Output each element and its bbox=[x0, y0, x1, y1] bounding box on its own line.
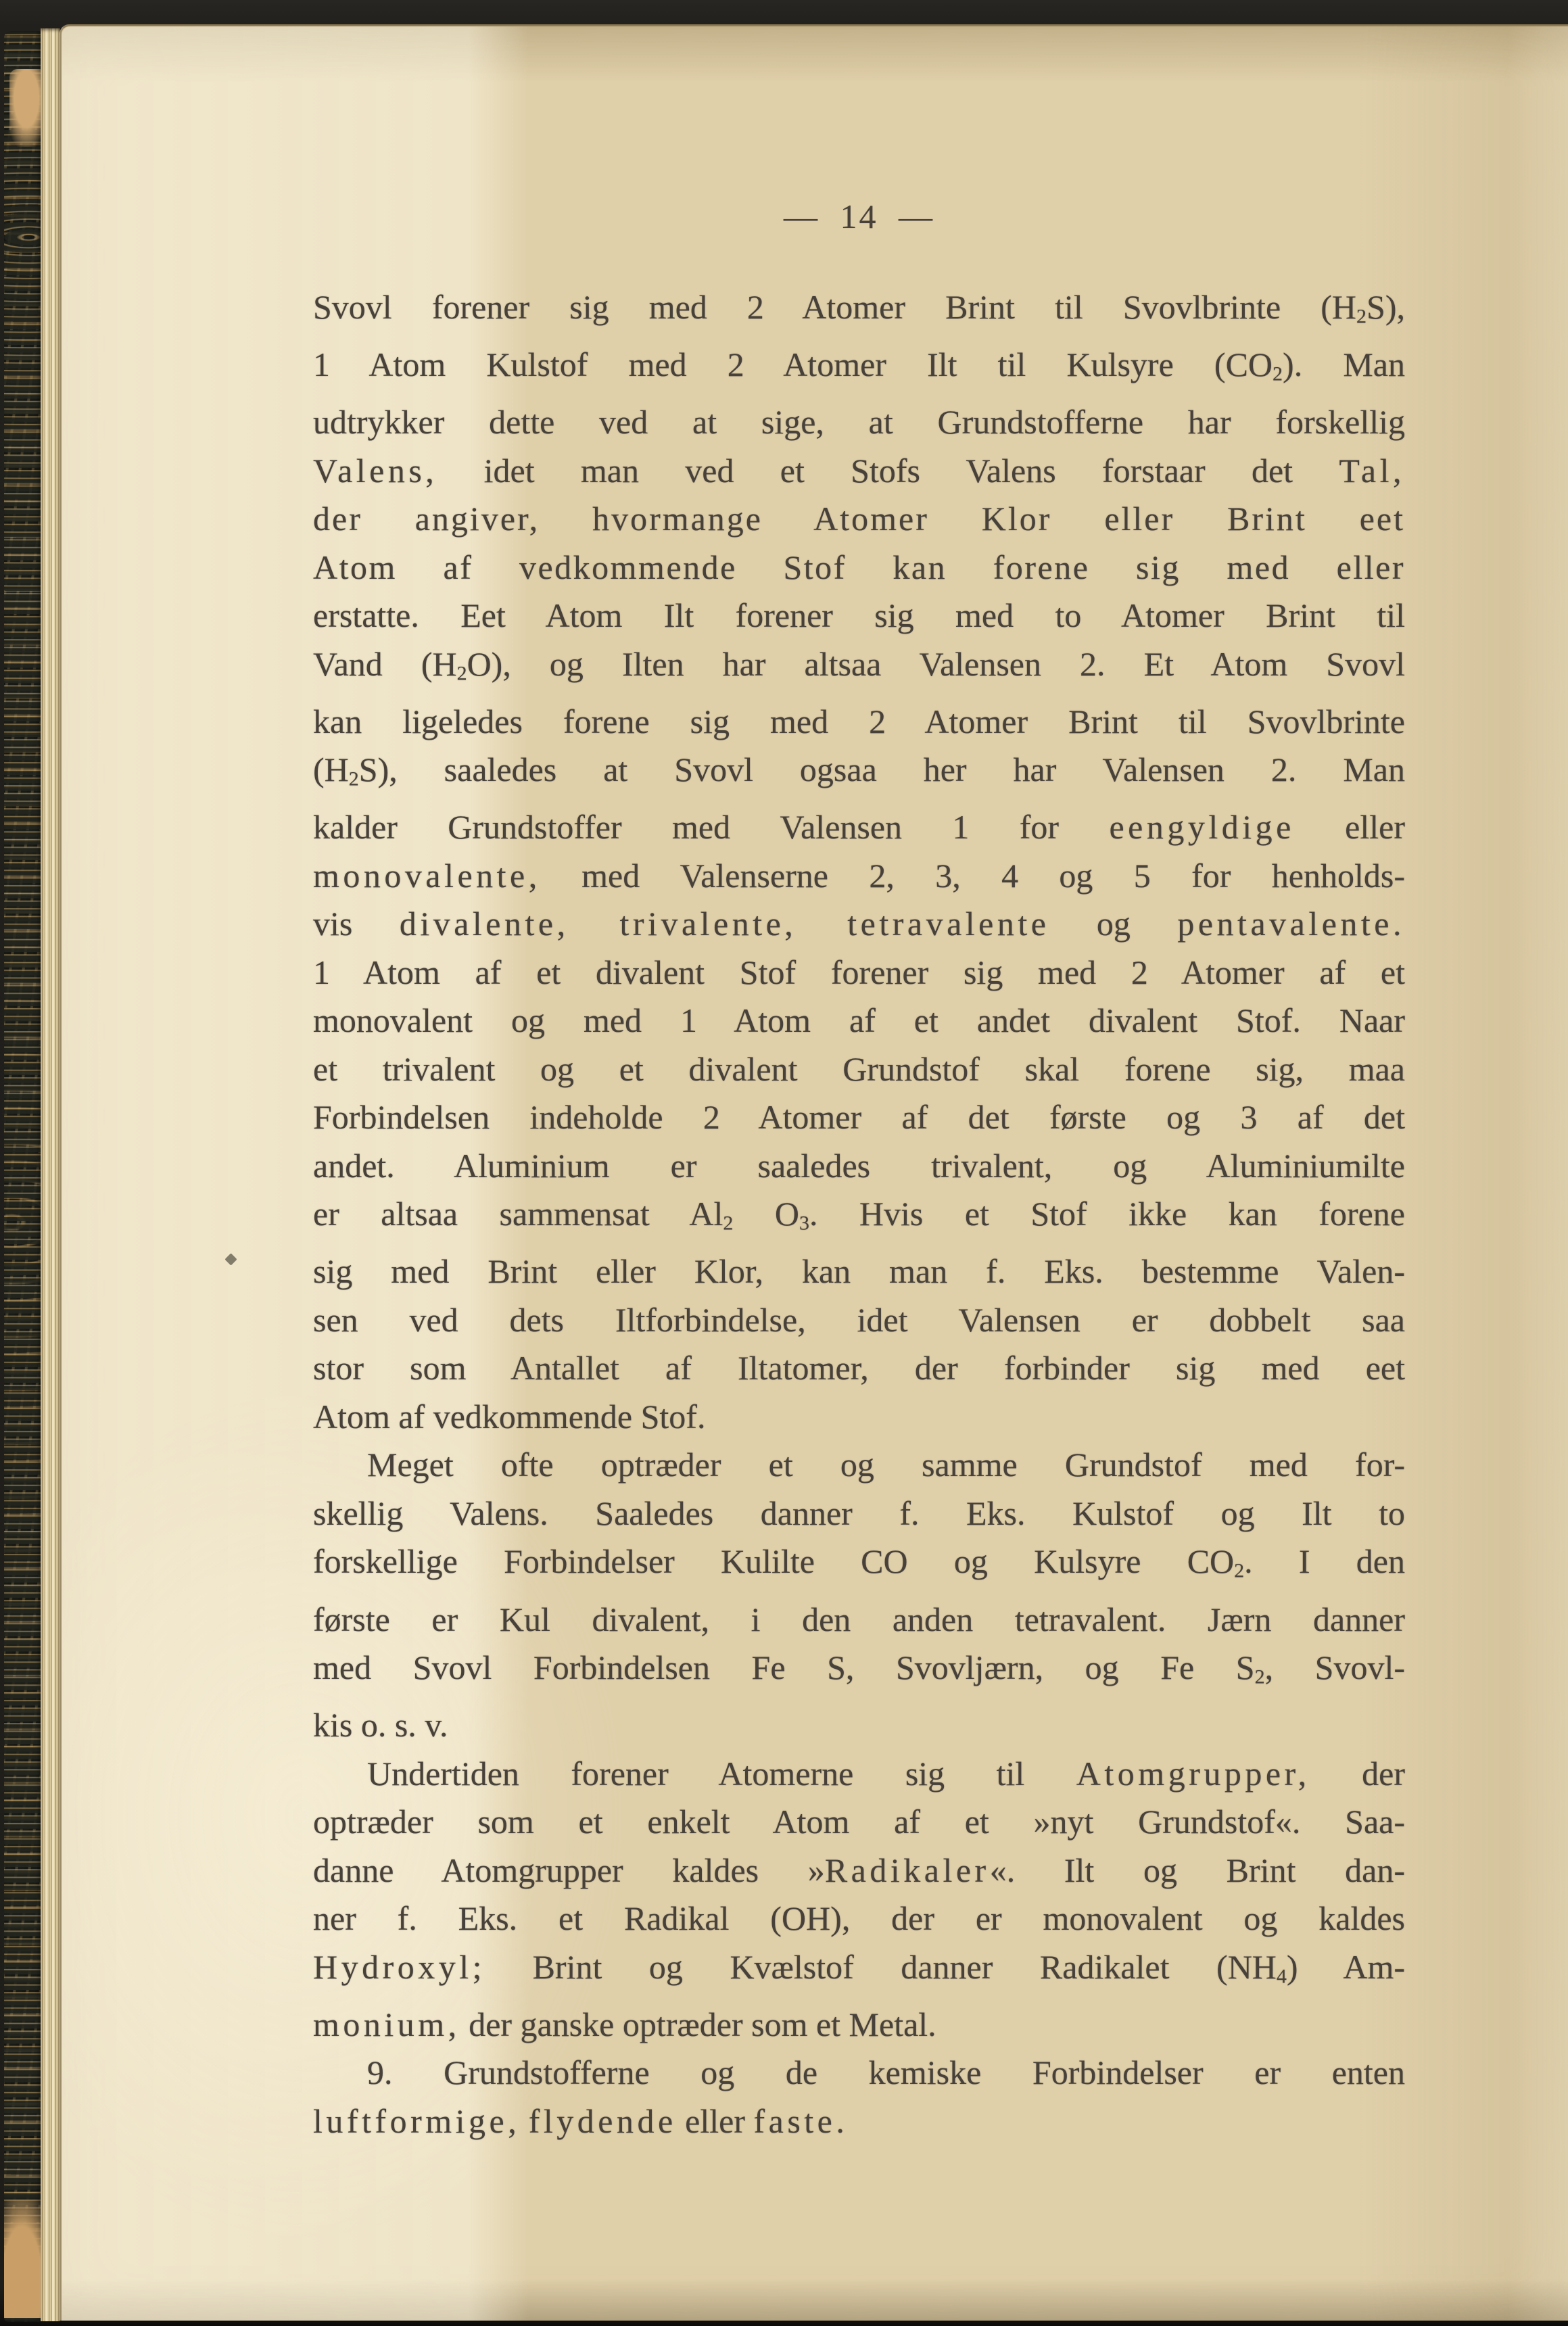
text-line: stor som Antallet af Iltatomer, der forb… bbox=[313, 1344, 1405, 1393]
text-line: et trivalent og et divalent Grundstof sk… bbox=[313, 1045, 1405, 1094]
text-line: forskellige Forbindelser Kulilte CO og K… bbox=[313, 1538, 1405, 1595]
text-line: med Svovl Forbindelsen Fe S, Svovljærn, … bbox=[313, 1644, 1405, 1701]
text-line: Svovl forener sig med 2 Atomer Brint til… bbox=[313, 283, 1405, 341]
text-line: 1 Atom af et divalent Stof forener sig m… bbox=[313, 949, 1405, 997]
text-line: monovalente, med Valenserne 2, 3, 4 og 5… bbox=[313, 852, 1405, 901]
text-line: monovalent og med 1 Atom af et andet div… bbox=[313, 997, 1405, 1045]
page-edge-stack bbox=[41, 28, 60, 2321]
text-line: (H2S), saaledes at Svovl ogsaa her har V… bbox=[313, 746, 1405, 803]
text-line: sig med Brint eller Klor, kan man f. Eks… bbox=[313, 1248, 1405, 1296]
text-line: erstatte. Eet Atom Ilt forener sig med t… bbox=[313, 592, 1405, 640]
text-line: kis o. s. v. bbox=[313, 1701, 1405, 1750]
text-line: første er Kul divalent, i den anden tetr… bbox=[313, 1596, 1405, 1644]
text-line: 9. Grundstofferne og de kemiske Forbinde… bbox=[313, 2049, 1405, 2097]
text-line: Atom af vedkommende Stof. bbox=[313, 1393, 1405, 1442]
book-page: — 14 — Svovl forener sig med 2 Atomer Br… bbox=[60, 24, 1568, 2321]
text-line: Meget ofte optræder et og samme Grundsto… bbox=[313, 1441, 1405, 1490]
text-line: danne Atomgrupper kaldes »Radikaler«. Il… bbox=[313, 1847, 1405, 1895]
text-line: optræder som et enkelt Atom af et »nyt G… bbox=[313, 1798, 1405, 1847]
text-line: Undertiden forener Atomerne sig til Atom… bbox=[313, 1750, 1405, 1799]
text-line: udtrykker dette ved at sige, at Grundsto… bbox=[313, 398, 1405, 447]
text-line: Valens, idet man ved et Stofs Valens for… bbox=[313, 447, 1405, 496]
text-line: 1 Atom Kulstof med 2 Atomer Ilt til Kuls… bbox=[313, 341, 1405, 398]
text-line: sen ved dets Iltforbindelse, idet Valens… bbox=[313, 1296, 1405, 1345]
scanned-book-page: { "colors": { "scan-bg": "#201f1c", "pap… bbox=[0, 0, 1568, 2326]
text-line: ner f. Eks. et Radikal (OH), der er mono… bbox=[313, 1895, 1405, 1943]
margin-speck bbox=[224, 1253, 237, 1265]
text-line: skellig Valens. Saaledes danner f. Eks. … bbox=[313, 1490, 1405, 1538]
text-line: vis divalente, trivalente, tetravalente … bbox=[313, 900, 1405, 949]
text-line: Atom af vedkommende Stof kan forene sig … bbox=[313, 544, 1405, 592]
text-line: er altsaa sammensat Al2 O3. Hvis et Stof… bbox=[313, 1190, 1405, 1248]
text-line: Hydroxyl; Brint og Kvælstof danner Radik… bbox=[313, 1943, 1405, 2001]
text-line: Forbindelsen indeholde 2 Atomer af det f… bbox=[313, 1093, 1405, 1142]
text-line: monium, der ganske optræder som et Metal… bbox=[313, 2001, 1405, 2049]
text-line: kalder Grundstoffer med Valensen 1 for e… bbox=[313, 803, 1405, 852]
text-line: der angiver, hvormange Atomer Klor eller… bbox=[313, 495, 1405, 544]
book-binding-spine bbox=[4, 31, 42, 2322]
text-line: Vand (H2O), og Ilten har altsaa Valensen… bbox=[313, 640, 1405, 698]
text-line: kan ligeledes forene sig med 2 Atomer Br… bbox=[313, 698, 1405, 746]
page-number-header: — 14 — bbox=[313, 197, 1405, 236]
text-line: luftformige, flydende eller faste. bbox=[313, 2097, 1405, 2146]
text-line: andet. Aluminium er saaledes trivalent, … bbox=[313, 1142, 1405, 1191]
body-text: Svovl forener sig med 2 Atomer Brint til… bbox=[313, 283, 1405, 2145]
